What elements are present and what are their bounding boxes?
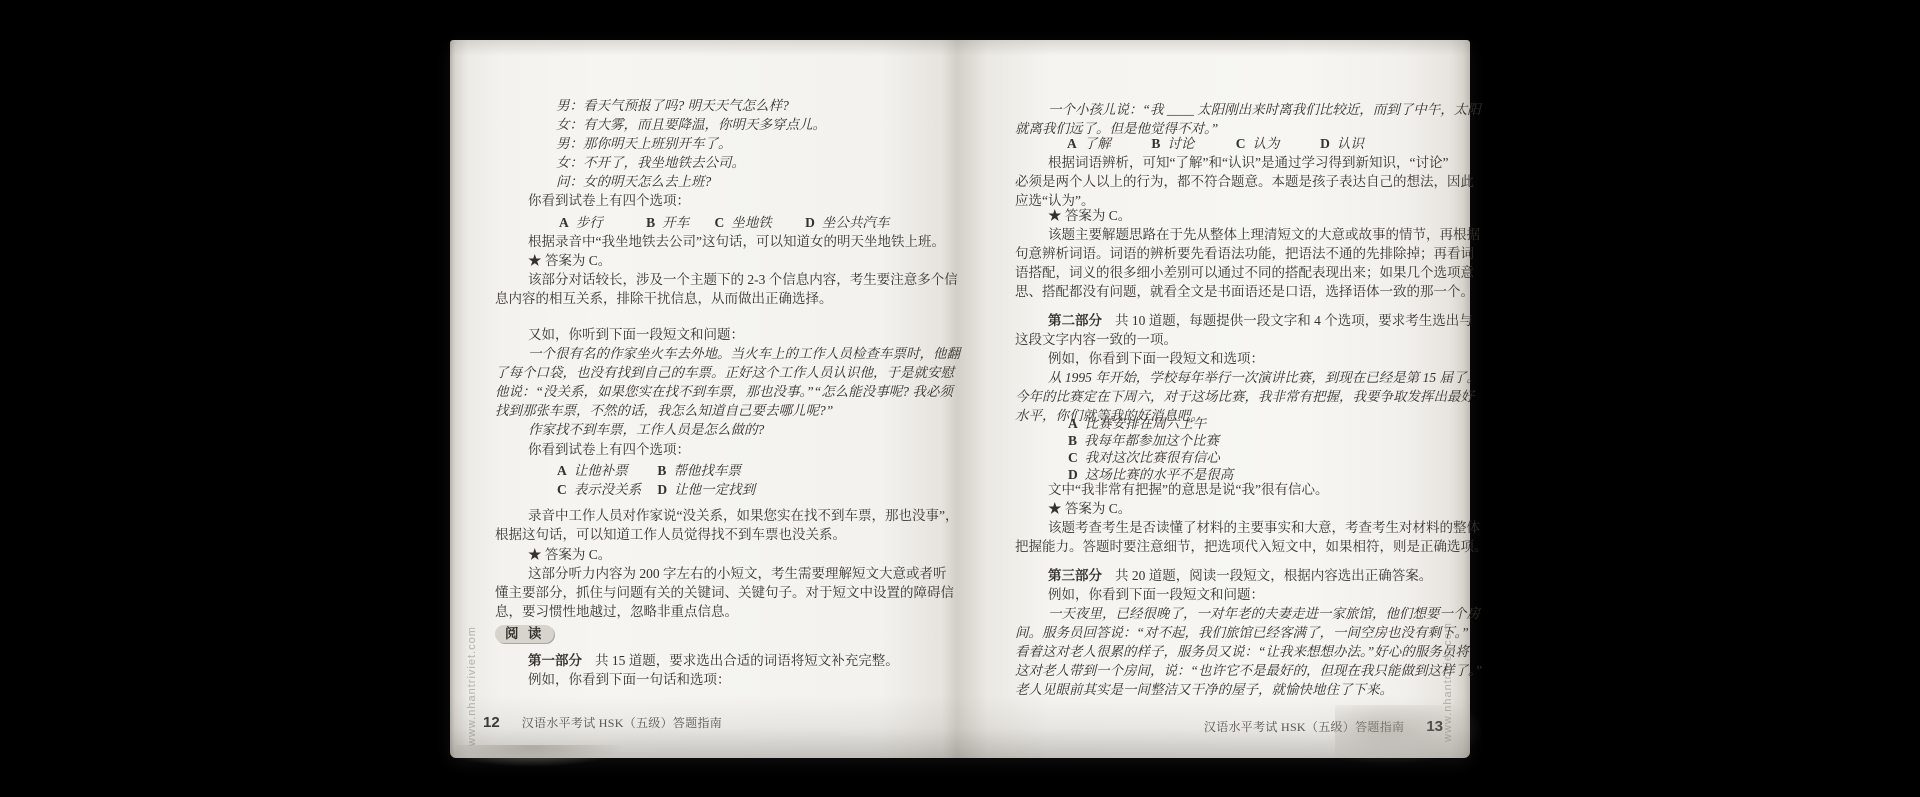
option-a: A步行 bbox=[559, 215, 603, 230]
option-letter: A bbox=[557, 463, 567, 478]
explanation-line: 根据录音中“我坐地铁去公司”这句话，可以知道女的明天坐地铁上班。 bbox=[495, 232, 921, 251]
option-text: 让他补票 bbox=[574, 463, 628, 478]
option-c: C认为 bbox=[1236, 134, 1317, 153]
option-text: 步行 bbox=[576, 215, 603, 230]
option-d: D坐公共汽车 bbox=[805, 215, 889, 230]
passage-line: 一天夜里，已经很晚了，一对年老的夫妻走进一家旅馆，他们想要一个房 bbox=[1015, 604, 1443, 623]
tip-line: 思、搭配都没有问题，就看全文是书面语还是口语，选择语体一致的那一个。 bbox=[1015, 282, 1443, 301]
option-c: C我对这次比赛很有信心 bbox=[1015, 449, 1443, 466]
footer-title: 汉语水平考试 HSK（五级）答题指南 bbox=[1204, 718, 1404, 735]
option-d: D让他一定找到 bbox=[657, 482, 755, 497]
option-a: A比赛安排在周六上午 bbox=[1015, 415, 1443, 432]
tip-line: 息内容的相互关系，排除干扰信息，从而做出正确选择。 bbox=[495, 289, 921, 308]
page-number: 13 bbox=[1426, 718, 1443, 735]
option-text: 了解 bbox=[1084, 136, 1111, 151]
tip-line: 把握能力。答题时要注意细节，把选项代入短文中，如果相符，则是正确选项。 bbox=[1015, 537, 1443, 556]
dialog-line: 问：女的明天怎么去上班? bbox=[495, 172, 921, 191]
option-letter: B bbox=[646, 215, 655, 230]
passage-line: 今年的比赛定在下周六，对于这场比赛，我非常有把握，我要争取发挥出最好 bbox=[1015, 387, 1443, 406]
part-text: 共 20 道题，阅读一段短文，根据内容选出正确答案。 bbox=[1115, 568, 1432, 583]
tip-line: 语搭配，词义的很多细小差别可以通过不同的搭配表现出来；如果几个选项意 bbox=[1015, 263, 1443, 282]
option-text: 认为 bbox=[1253, 136, 1280, 151]
passage-line: 了每个口袋，也没有找到自己的车票。正好这个工作人员认识他，于是就安慰 bbox=[495, 363, 921, 382]
see-options-line: 你看到试卷上有四个选项： bbox=[495, 440, 921, 459]
option-c: C表示没关系 bbox=[557, 480, 654, 499]
option-letter: C bbox=[715, 215, 725, 230]
watermark-right: www.nhantriviet.com bbox=[1442, 622, 1454, 742]
option-text: 开车 bbox=[662, 215, 689, 230]
option-letter: A bbox=[1068, 416, 1078, 431]
section-reading-chip: 阅 读 bbox=[495, 625, 554, 643]
tip-line: 句意辨析词语。词语的辨析要先看语法功能，把语法不通的先排除掉；再看词 bbox=[1015, 244, 1443, 263]
part-label: 第三部分 bbox=[1048, 568, 1102, 583]
option-letter: A bbox=[1067, 136, 1077, 151]
option-letter: D bbox=[805, 215, 815, 230]
passage-line: 间。服务员回答说：“对不起，我们旅馆已经客满了，一间空房也没有剩下。” bbox=[1015, 623, 1443, 642]
option-text: 讨论 bbox=[1167, 136, 1194, 151]
passage-line: 看着这对老人很累的样子，服务员又说：“让我来想想办法。”好心的服务员将 bbox=[1015, 642, 1443, 661]
intro-line: 又如，你听到下面一段短文和问题： bbox=[495, 325, 921, 344]
option-letter: A bbox=[559, 215, 569, 230]
screenshot-root: www.nhantriviet.com 男：看天气预报了吗? 明天天气怎么样? … bbox=[0, 0, 1920, 797]
option-text: 坐地铁 bbox=[731, 215, 772, 230]
passage-line: 一个小孩儿说：“我 ____ 太阳刚出来时离我们比较近，而到了中午，太阳 bbox=[1015, 100, 1443, 119]
option-b: B开车 bbox=[646, 215, 689, 230]
book-spread: www.nhantriviet.com 男：看天气预报了吗? 明天天气怎么样? … bbox=[450, 40, 1470, 758]
tip-line: 该题主要解题思路在于先从整体上理清短文的大意或故事的情节，再根据 bbox=[1015, 225, 1443, 244]
right-page-content: 一个小孩儿说：“我 ____ 太阳刚出来时离我们比较近，而到了中午，太阳 就离我… bbox=[1015, 100, 1443, 699]
explanation-line: 必须是两个人以上的行为，都不符合题意。本题是孩子表达自己的想法，因此 bbox=[1015, 172, 1443, 191]
option-b: B帮他找车票 bbox=[657, 463, 741, 478]
part-text-line: 这段文字内容一致的一项。 bbox=[1015, 330, 1443, 349]
intro-line: 例如，你看到下面一段短文和问题： bbox=[1015, 585, 1443, 604]
passage-line: 从 1995 年开始，学校每年举行一次演讲比赛，到现在已经是第 15 届了。 bbox=[1015, 368, 1443, 387]
answer-line: ★ 答案为 C。 bbox=[1015, 499, 1443, 518]
dialog-line: 男：那你明天上班别开车了。 bbox=[495, 134, 921, 153]
option-text: 认识 bbox=[1337, 136, 1364, 151]
options-stack: A比赛安排在周六上午 B我每年都参加这个比赛 C我对这次比赛很有信心 D这场比赛… bbox=[1015, 415, 1443, 483]
explanation-line: 录音中工作人员对作家说“没关系，如果您实在找不到车票，那也没事”， bbox=[495, 506, 921, 525]
tip-line: 懂主要部分，抓住与问题有关的关键词、关键句子。对于短文中设置的障碍信 bbox=[495, 583, 921, 602]
option-text: 我对这次比赛很有信心 bbox=[1085, 450, 1220, 465]
answer-line: ★ 答案为 C。 bbox=[495, 251, 921, 270]
option-a: A了解 bbox=[1067, 134, 1148, 153]
options-row: C表示没关系 D让他一定找到 bbox=[495, 480, 921, 499]
intro-line: 例如，你看到下面一句话和选项： bbox=[495, 670, 921, 689]
watermark-left: www.nhantriviet.com bbox=[466, 626, 478, 746]
option-letter: C bbox=[557, 482, 567, 497]
option-a: A让他补票 bbox=[557, 461, 654, 480]
passage-line: 他说：“没关系，如果您实在找不到车票，那也没事。”“怎么能没事呢? 我必须 bbox=[495, 382, 921, 401]
option-letter: B bbox=[1068, 433, 1077, 448]
tip-line: 息，要习惯性地越过，忽略非重点信息。 bbox=[495, 602, 921, 621]
footer-title: 汉语水平考试 HSK（五级）答题指南 bbox=[522, 714, 722, 731]
answer-line: ★ 答案为 C。 bbox=[495, 545, 921, 564]
intro-line: 例如，你看到下面一段短文和选项： bbox=[1015, 349, 1443, 368]
left-page-content: 男：看天气预报了吗? 明天天气怎么样? 女：有大雾，而且要降温，你明天多穿点儿。… bbox=[495, 96, 921, 689]
explanation-line: 文中“我非常有把握”的意思是说“我”很有信心。 bbox=[1015, 480, 1443, 499]
passage-line: 老人见眼前其实是一间整洁又干净的屋子，就愉快地住了下来。 bbox=[1015, 680, 1443, 699]
option-letter: D bbox=[657, 482, 667, 497]
option-text: 帮他找车票 bbox=[673, 463, 741, 478]
explanation-line: 根据词语辨析，可知“了解”和“认识”是通过学习得到新知识，“讨论” bbox=[1015, 153, 1443, 172]
option-letter: B bbox=[657, 463, 666, 478]
explanation-line: 根据这句话，可以知道工作人员觉得找不到车票也没关系。 bbox=[495, 525, 921, 544]
option-c: C坐地铁 bbox=[715, 215, 772, 230]
dialog-line: 女：不开了，我坐地铁去公司。 bbox=[495, 153, 921, 172]
passage-line: 这对老人带到一个房间，说：“也许它不是最好的，但现在我只能做到这样了。” bbox=[1015, 661, 1443, 680]
tip-line: 该部分对话较长，涉及一个主题下的 2-3 个信息内容，考生要注意多个信 bbox=[495, 270, 921, 289]
option-text: 让他一定找到 bbox=[674, 482, 755, 497]
options-row: A让他补票 B帮他找车票 bbox=[495, 461, 921, 480]
part-text: 共 15 道题，要求选出合适的词语将短文补充完整。 bbox=[595, 653, 899, 668]
tip-line: 该题考查考生是否读懂了材料的主要事实和大意，考查考生对材料的整体 bbox=[1015, 518, 1443, 537]
options-row: A了解 B讨论 C认为 D认识 bbox=[1015, 134, 1443, 153]
option-letter: B bbox=[1151, 136, 1160, 151]
see-options-line: 你看到试卷上有四个选项： bbox=[495, 191, 921, 210]
page-number: 12 bbox=[483, 714, 500, 731]
option-text: 比赛安排在周六上午 bbox=[1085, 416, 1207, 431]
answer-line: ★ 答案为 C。 bbox=[1015, 206, 1443, 225]
question-line: 作家找不到车票，工作人员是怎么做的? bbox=[495, 420, 921, 439]
option-b: B讨论 bbox=[1151, 134, 1232, 153]
passage-line: 一个很有名的作家坐火车去外地。当火车上的工作人员检查车票时，他翻 bbox=[495, 344, 921, 363]
option-text: 表示没关系 bbox=[574, 482, 642, 497]
part-heading: 第二部分共 10 道题，每题提供一段文字和 4 个选项，要求考生选出与 bbox=[1015, 311, 1443, 330]
part-label: 第二部分 bbox=[1048, 313, 1102, 328]
tip-line: 这部分听力内容为 200 字左右的小短文，考生需要理解短文大意或者听 bbox=[495, 564, 921, 583]
left-page-footer: 12 汉语水平考试 HSK（五级）答题指南 bbox=[483, 714, 722, 731]
section-heading-row: 阅 读 bbox=[495, 625, 921, 645]
dialog-line: 女：有大雾，而且要降温，你明天多穿点儿。 bbox=[495, 115, 921, 134]
part-text: 共 10 道题，每题提供一段文字和 4 个选项，要求考生选出与 bbox=[1115, 313, 1473, 328]
option-letter: D bbox=[1320, 136, 1330, 151]
passage-line: 找到那张车票，不然的话，我怎么知道自己要去哪儿呢?” bbox=[495, 401, 921, 420]
options-row: A步行 B开车 C坐地铁 D坐公共汽车 bbox=[495, 213, 921, 232]
option-letter: C bbox=[1236, 136, 1246, 151]
part-heading: 第一部分共 15 道题，要求选出合适的词语将短文补充完整。 bbox=[495, 651, 921, 670]
right-page-footer: 汉语水平考试 HSK（五级）答题指南 13 bbox=[1204, 718, 1443, 735]
option-b: B我每年都参加这个比赛 bbox=[1015, 432, 1443, 449]
option-letter: C bbox=[1068, 450, 1078, 465]
option-text: 坐公共汽车 bbox=[822, 215, 890, 230]
part-label: 第一部分 bbox=[528, 653, 582, 668]
option-text: 我每年都参加这个比赛 bbox=[1084, 433, 1219, 448]
part-heading: 第三部分共 20 道题，阅读一段短文，根据内容选出正确答案。 bbox=[1015, 566, 1443, 585]
option-d: D认识 bbox=[1320, 134, 1401, 153]
dialog-line: 男：看天气预报了吗? 明天天气怎么样? bbox=[495, 96, 921, 115]
